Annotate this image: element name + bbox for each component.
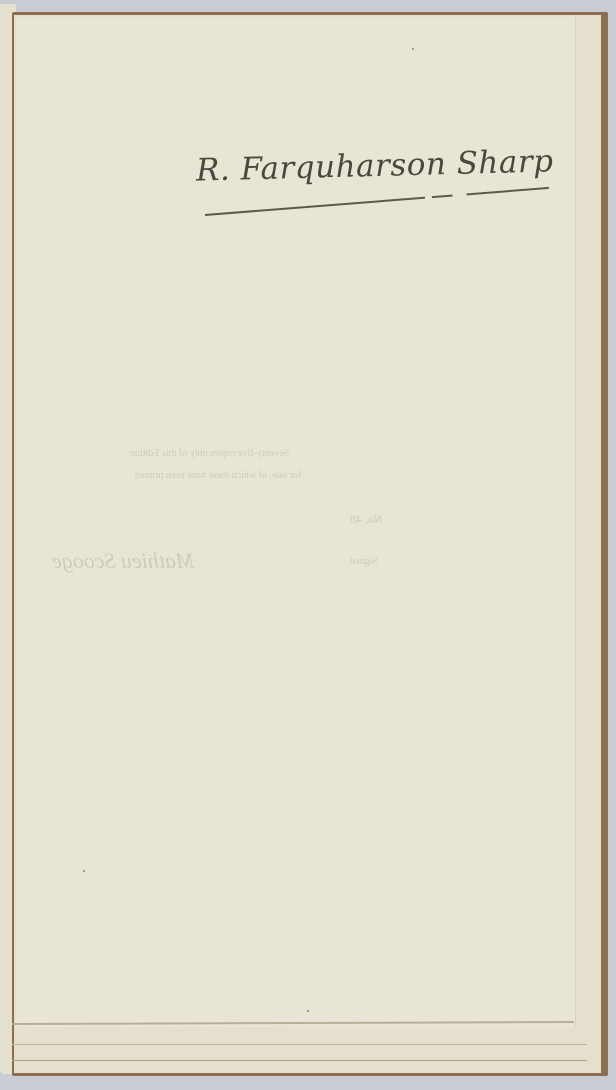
paper-speck — [412, 48, 414, 50]
show-through-signature: Mathieu Scooge — [52, 548, 194, 574]
show-through-line-2: for sale, of which these have been print… — [135, 470, 302, 481]
show-through-number: No. 48 — [350, 512, 383, 527]
page-stack-line — [12, 1044, 587, 1045]
page-stack-line — [12, 1060, 587, 1061]
paper-speck — [307, 1010, 309, 1012]
show-through-line-1: Seventy-five copies only of this Edition — [130, 448, 289, 459]
paper-speck — [83, 870, 85, 872]
show-through-signed-label: Signed — [350, 556, 378, 567]
